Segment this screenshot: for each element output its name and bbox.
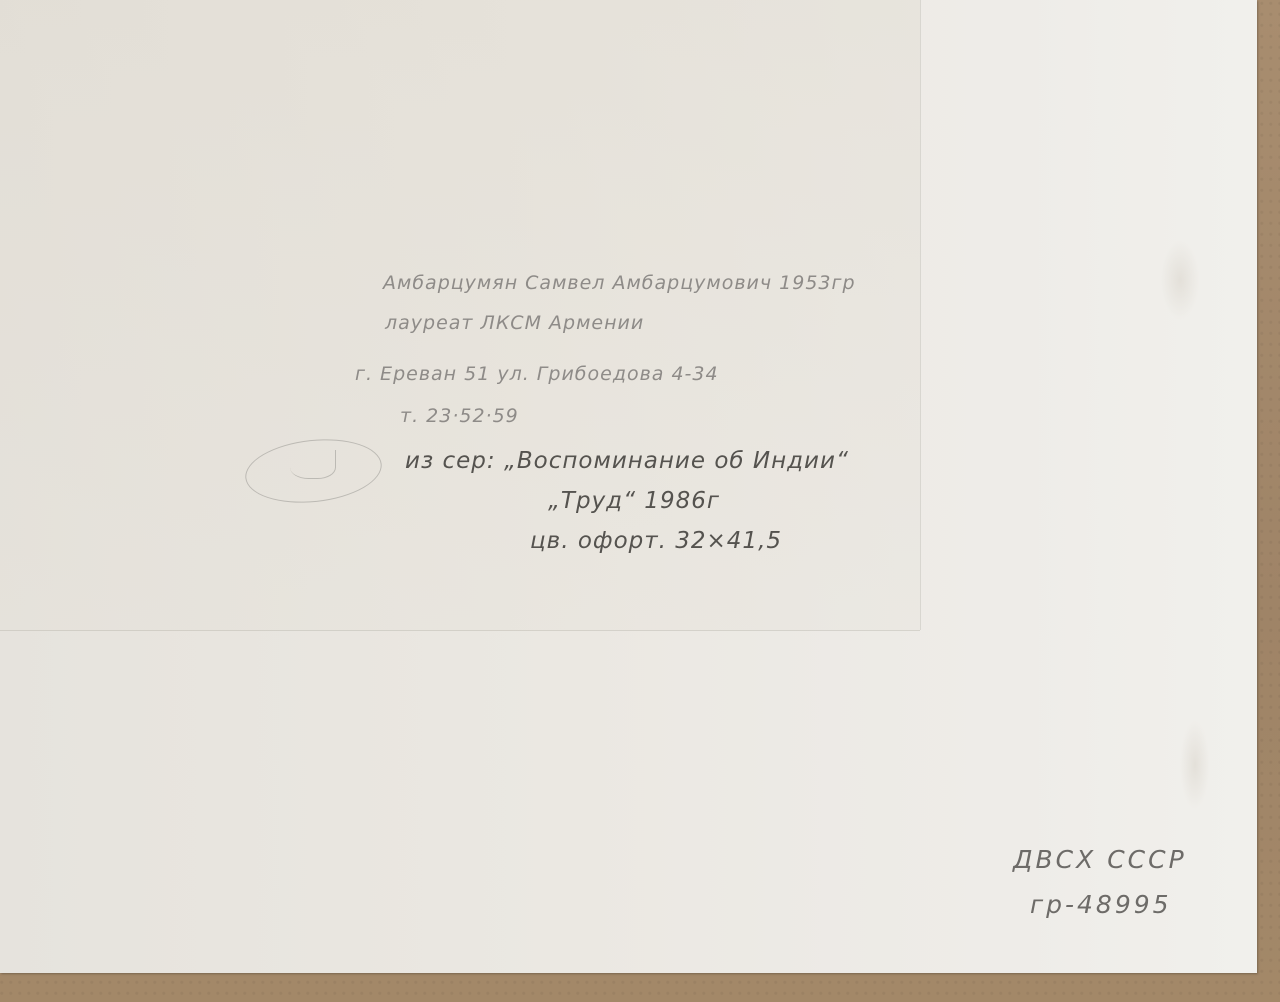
publisher-year-line: „Труд“ 1986г bbox=[548, 488, 720, 514]
technique-size-line: цв. офорт. 32×41,5 bbox=[530, 528, 782, 554]
series-title-line: из сер: „Воспоминание об Индии“ bbox=[405, 448, 849, 474]
artist-title-line: лауреат ЛКСМ Армении bbox=[385, 312, 644, 334]
registry-line: ДВСХ СССР bbox=[1013, 845, 1187, 874]
paper-sheet: Амбарцумян Самвел Амбарцумович 1953гр ла… bbox=[0, 0, 1257, 973]
plate-mark-horizontal bbox=[0, 630, 920, 631]
artist-address-line: г. Ереван 51 ул. Грибоедова 4-34 bbox=[355, 363, 719, 385]
plate-mark-vertical bbox=[920, 0, 921, 630]
artist-phone-line: т. 23·52·59 bbox=[400, 405, 519, 427]
paper-stain bbox=[1180, 720, 1210, 810]
inventory-number-line: гр-48995 bbox=[1030, 890, 1172, 919]
artist-name-line: Амбарцумян Самвел Амбарцумович 1953гр bbox=[383, 272, 856, 294]
circled-pencil-mark-inner bbox=[290, 450, 336, 479]
paper-stain bbox=[1160, 240, 1200, 320]
